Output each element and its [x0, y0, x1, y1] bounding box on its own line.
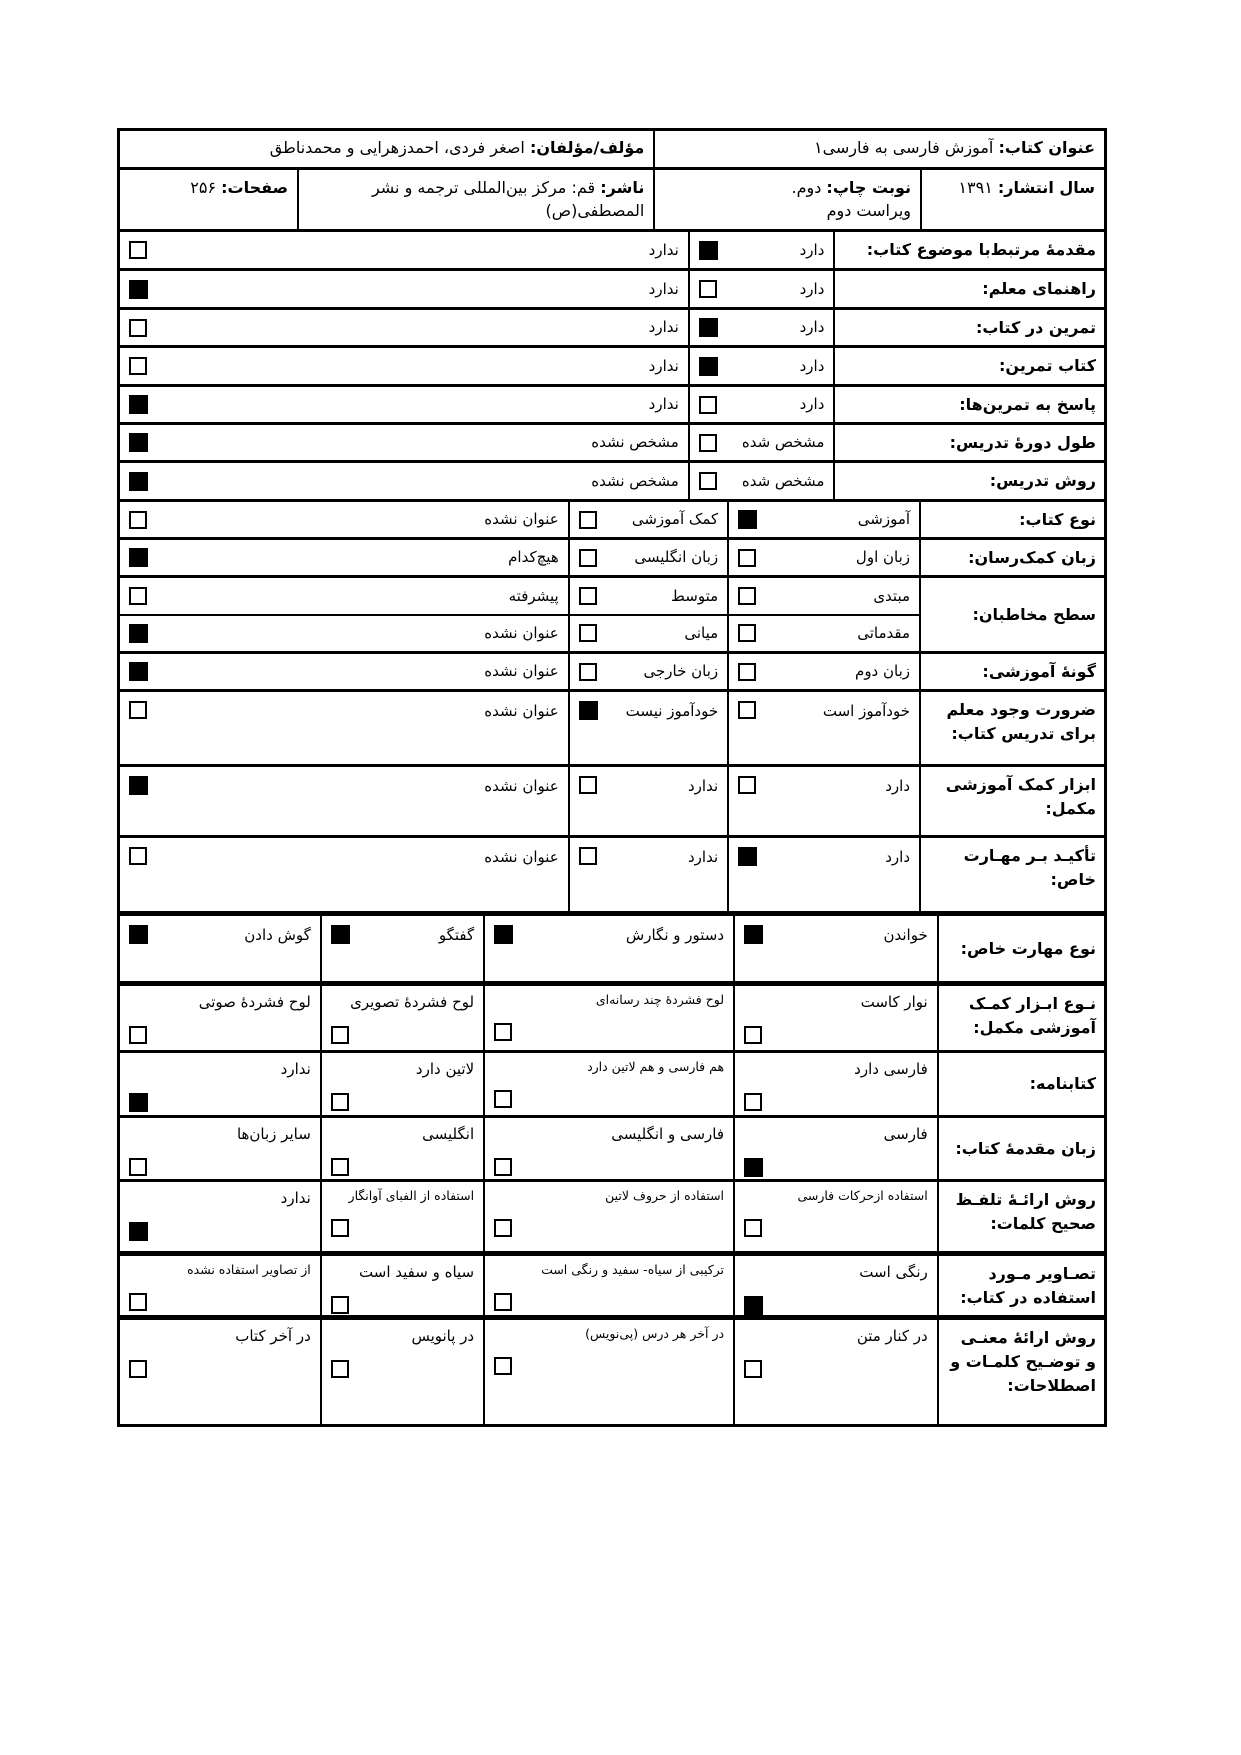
pronunciation-method-option-2: استفاده از الفبای آوانگار — [320, 1182, 483, 1251]
special-skill-type-option-2: گفتگو — [320, 916, 483, 981]
helper-language-option-2-text: هیچ‌کدام — [508, 547, 559, 567]
answers-to-exercises-option-1: ندارد — [120, 387, 688, 422]
pages-label: صفحات: — [221, 178, 288, 197]
meaning-explanation-method-option-3-checkbox[interactable] — [129, 1360, 147, 1378]
print-run-label: نوبت چاپ: — [826, 178, 911, 197]
special-skill-emphasis-option-0: دارد — [727, 838, 919, 911]
teacher-necessity-option-2-checkbox[interactable] — [129, 701, 147, 719]
pronunciation-method-option-3-text: ندارد — [129, 1188, 311, 1208]
pronunciation-method-option-0-checkbox[interactable] — [744, 1219, 762, 1237]
book-type-option-0: آموزشی — [727, 502, 919, 537]
special-skill-type-option-1-checkbox[interactable] — [494, 925, 513, 944]
teacher-guide-option-0-text: دارد — [800, 279, 825, 299]
supplementary-tool-type-option-3-checkbox[interactable] — [129, 1026, 147, 1044]
row-publication-info: سال انتشار: ۱۳۹۱ نوبت چاپ: دوم. ویراست د… — [120, 167, 1104, 229]
audience-level-option-top-1-text: متوسط — [671, 586, 718, 606]
education-type-option-2-text: عنوان نشده — [484, 661, 558, 681]
audience-level-option-top-2-text: پیشرفته — [509, 586, 559, 606]
special-skill-emphasis-label: تأکیـد بـر مهـارت خاص: — [929, 844, 1096, 892]
meaning-explanation-method-option-2: در پانویس — [320, 1320, 483, 1424]
exercises-in-book-option-1: ندارد — [120, 310, 688, 345]
special-skill-type-option-0-text: خواندن — [883, 925, 927, 945]
book-title-value: آموزش فارسی به فارسی۱ — [814, 138, 993, 157]
supplementary-tool-type-option-3-text: لوح فشردهٔ صوتی — [129, 992, 311, 1012]
audience-level-option-bot-1: میانی — [570, 616, 727, 652]
supplementary-tool-type-label-cell: نـوع ابـزار کمـک آموزشی مکمل: — [937, 986, 1104, 1050]
images-used-option-3: از تصاویر استفاده نشده — [120, 1256, 320, 1315]
pronunciation-method-option-0-text: استفاده ازحرکات فارسی — [744, 1188, 928, 1205]
print-run-value: دوم. — [791, 178, 821, 197]
bibliography-option-3-text: ندارد — [129, 1059, 311, 1079]
row-special-skill-type: نوع مهارت خاص:خواندندستور و نگارشگفتگوگو… — [120, 911, 1104, 981]
education-type-option-2: عنوان نشده — [120, 654, 568, 689]
intro-language-option-1-checkbox[interactable] — [494, 1158, 512, 1176]
bibliography-label-cell: کتابنامه: — [937, 1053, 1104, 1115]
education-type-option-0: زبان دوم — [727, 654, 919, 689]
audience-level-option-bot-0-text: مقدماتی — [857, 623, 910, 643]
supplementary-tool-type-option-1: لوح فشردهٔ چند رسانه‌ای — [483, 986, 733, 1050]
intro-language-option-1: فارسی و انگلیسی — [483, 1118, 733, 1179]
special-skill-emphasis-label-cell: تأکیـد بـر مهـارت خاص: — [919, 838, 1104, 911]
meaning-explanation-method-option-3: در آخر کتاب — [120, 1320, 320, 1424]
publisher-cell: ناشر: قم: مرکز بین‌المللی ترجمه و نشر ال… — [297, 170, 653, 229]
row-intro-related-to-subject: مقدمهٔ مرتبط‌با موضوع کتاب:داردندارد — [120, 229, 1104, 268]
images-used-label-cell: تصـاویر مـورد استفاده در کتاب: — [937, 1256, 1104, 1315]
teacher-guide-label-cell: راهنمای معلم: — [833, 271, 1104, 307]
supplementary-teaching-tools-option-0: دارد — [727, 767, 919, 835]
teacher-necessity-option-0-text: خودآموز است — [823, 701, 910, 721]
book-type-label: نوع کتاب: — [1019, 508, 1096, 532]
images-used-label: تصـاویر مـورد استفاده در کتاب: — [947, 1262, 1096, 1310]
pronunciation-method-option-2-checkbox[interactable] — [331, 1219, 349, 1237]
bibliography-option-1: هم فارسی و هم لاتین دارد — [483, 1053, 733, 1115]
supplementary-teaching-tools-option-1-checkbox[interactable] — [579, 776, 597, 794]
audience-level-option-top-2-checkbox[interactable] — [129, 587, 147, 605]
special-skill-emphasis-option-0-checkbox[interactable] — [738, 847, 757, 866]
audience-level-option-bot-2-text: عنوان نشده — [484, 623, 558, 643]
teaching-method-option-1-text: مشخص نشده — [591, 471, 679, 491]
pronunciation-method-option-0: استفاده ازحرکات فارسی — [733, 1182, 937, 1251]
intro-language-option-3: سایر زبان‌ها — [120, 1118, 320, 1179]
book-type-option-1: کمک آموزشی — [568, 502, 727, 537]
meaning-explanation-method-option-0: در کنار متن — [733, 1320, 937, 1424]
intro-related-to-subject-option-0-checkbox[interactable] — [699, 241, 718, 260]
row-book-type: نوع کتاب:آموزشیکمک آموزشیعنوان نشده — [120, 499, 1104, 537]
pronunciation-method-option-1-text: استفاده از حروف لاتین — [494, 1188, 724, 1205]
teacher-necessity-option-0-checkbox[interactable] — [738, 701, 756, 719]
supplementary-tool-type-option-1-checkbox[interactable] — [494, 1023, 512, 1041]
book-type-label-cell: نوع کتاب: — [919, 502, 1104, 537]
teacher-necessity-option-1: خودآموز نیست — [568, 692, 727, 764]
audience-level-option-top-0: مبتدی — [729, 578, 919, 616]
intro-language-option-0-text: فارسی — [744, 1124, 928, 1144]
special-skill-emphasis-option-1-checkbox[interactable] — [579, 847, 597, 865]
teaching-period-length-option-0: مشخص شده — [688, 425, 834, 460]
supplementary-teaching-tools-option-2: عنوان نشده — [120, 767, 568, 835]
book-type-option-1-checkbox[interactable] — [579, 511, 597, 529]
row-bibliography: کتابنامه:فارسی داردهم فارسی و هم لاتین د… — [120, 1050, 1104, 1115]
helper-language-label-cell: زبان کمک‌رسان: — [919, 540, 1104, 575]
meaning-explanation-method-option-3-text: در آخر کتاب — [129, 1326, 311, 1346]
images-used-option-1-text: ترکیبی از سیاه- سفید و رنگی است — [494, 1262, 724, 1279]
special-skill-type-option-3: گوش دادن — [120, 916, 320, 981]
special-skill-type-option-2-checkbox[interactable] — [331, 925, 350, 944]
audience-level-option-top-2: پیشرفته — [120, 578, 568, 616]
supplementary-teaching-tools-option-2-checkbox[interactable] — [129, 776, 148, 795]
supplementary-tool-type-option-2-text: لوح فشردهٔ تصویری — [331, 992, 474, 1012]
row-audience-level: سطح مخاطبان:مبتدیمقدماتیمتوسطمیانیپیشرفت… — [120, 575, 1104, 651]
images-used-option-2: سیاه و سفید است — [320, 1256, 483, 1315]
teaching-method-option-0-checkbox[interactable] — [699, 472, 717, 490]
education-type-option-2-checkbox[interactable] — [129, 662, 148, 681]
exercises-in-book-option-0-text: دارد — [800, 317, 825, 337]
teacher-necessity-option-1-checkbox[interactable] — [579, 701, 598, 720]
images-used-option-3-text: از تصاویر استفاده نشده — [129, 1262, 311, 1279]
meaning-explanation-method-option-1-checkbox[interactable] — [494, 1357, 512, 1375]
education-type-option-0-checkbox[interactable] — [738, 663, 756, 681]
teaching-method-label-cell: روش تدریس: — [833, 463, 1104, 499]
answers-to-exercises-label: پاسخ به تمرین‌ها: — [959, 393, 1096, 417]
book-type-option-2-text: عنوان نشده — [484, 509, 558, 529]
print-edition-value: ویراست دوم — [664, 199, 911, 222]
audience-level-option-bot-2: عنوان نشده — [120, 616, 568, 652]
supplementary-teaching-tools-option-1: ندارد — [568, 767, 727, 835]
helper-language-option-0-checkbox[interactable] — [738, 549, 756, 567]
supplementary-tool-type-option-2-checkbox[interactable] — [331, 1026, 349, 1044]
teacher-guide-option-1-checkbox[interactable] — [129, 280, 148, 299]
teaching-period-length-option-1: مشخص نشده — [120, 425, 688, 460]
intro-related-to-subject-option-1-text: ندارد — [649, 240, 679, 260]
education-type-label: گونهٔ آموزشی: — [982, 660, 1096, 684]
helper-language-option-2: هیچ‌کدام — [120, 540, 568, 575]
exercise-book-option-1-text: ندارد — [649, 356, 679, 376]
teaching-period-length-option-1-checkbox[interactable] — [129, 433, 148, 452]
special-skill-emphasis-option-2: عنوان نشده — [120, 838, 568, 911]
intro-language-option-2-text: انگلیسی — [331, 1124, 474, 1144]
images-used-option-3-checkbox[interactable] — [129, 1293, 147, 1311]
helper-language-label: زبان کمک‌رسان: — [968, 546, 1096, 570]
row-helper-language: زبان کمک‌رسان:زبان اولزبان انگلیسیهیچ‌کد… — [120, 537, 1104, 575]
special-skill-emphasis-option-1: ندارد — [568, 838, 727, 911]
special-skill-type-option-1-text: دستور و نگارش — [626, 925, 724, 945]
helper-language-option-0-text: زبان اول — [856, 547, 910, 567]
publication-year-value: ۱۳۹۱ — [958, 178, 992, 197]
images-used-option-2-checkbox[interactable] — [331, 1296, 349, 1314]
teaching-period-length-option-0-checkbox[interactable] — [699, 434, 717, 452]
intro-language-option-2: انگلیسی — [320, 1118, 483, 1179]
audience-level-option-top-0-text: مبتدی — [873, 586, 910, 606]
teacher-necessity-option-0: خودآموز است — [727, 692, 919, 764]
pronunciation-method-option-3: ندارد — [120, 1182, 320, 1251]
helper-language-option-1-checkbox[interactable] — [579, 549, 597, 567]
special-skill-emphasis-option-2-text: عنوان نشده — [484, 847, 558, 867]
teaching-period-length-option-0-text: مشخص شده — [742, 432, 825, 452]
row-exercise-book: کتاب تمرین:داردندارد — [120, 345, 1104, 384]
row-special-skill-emphasis: تأکیـد بـر مهـارت خاص:داردنداردعنوان نشد… — [120, 835, 1104, 911]
exercise-book-option-0-text: دارد — [800, 356, 825, 376]
row-teacher-guide: راهنمای معلم:داردندارد — [120, 268, 1104, 307]
exercises-in-book-option-0-checkbox[interactable] — [699, 318, 718, 337]
supplementary-teaching-tools-label-cell: ابزار کمک آموزشی مکمل: — [919, 767, 1104, 835]
intro-related-to-subject-option-0: دارد — [688, 232, 834, 268]
teacher-necessity-option-1-text: خودآموز نیست — [626, 701, 718, 721]
bibliography-option-2-checkbox[interactable] — [331, 1093, 349, 1111]
exercises-in-book-label-cell: تمرین در کتاب: — [833, 310, 1104, 345]
authors-value: اصغر فردی، احمدزهرایی و محمدناطق — [270, 138, 525, 157]
special-skill-type-option-3-checkbox[interactable] — [129, 925, 148, 944]
bibliography-label: کتابنامه: — [1030, 1072, 1096, 1096]
teaching-method-option-1-checkbox[interactable] — [129, 472, 148, 491]
education-type-option-1: زبان خارجی — [568, 654, 727, 689]
audience-level-option-top-1-checkbox[interactable] — [579, 587, 597, 605]
row-teacher-necessity: ضرورت وجود معلم برای تدریس کتاب:خودآموز … — [120, 689, 1104, 764]
book-evaluation-table: عنوان کتاب: آموزش فارسی به فارسی۱ مؤلف/م… — [117, 128, 1107, 1427]
special-skill-type-label-cell: نوع مهارت خاص: — [937, 916, 1104, 981]
pronunciation-method-label: روش ارائـهٔ تلفـظ صحیح کلمات: — [947, 1188, 1096, 1236]
book-type-option-0-checkbox[interactable] — [738, 510, 757, 529]
intro-related-to-subject-option-1-checkbox[interactable] — [129, 241, 147, 259]
teacher-necessity-label-cell: ضرورت وجود معلم برای تدریس کتاب: — [919, 692, 1104, 764]
exercise-book-label-cell: کتاب تمرین: — [833, 348, 1104, 384]
teaching-period-length-label-cell: طول دورهٔ تدریس: — [833, 425, 1104, 460]
row-images-used: تصـاویر مـورد استفاده در کتاب:رنگی استتر… — [120, 1251, 1104, 1315]
pronunciation-method-option-1-checkbox[interactable] — [494, 1219, 512, 1237]
row-education-type: گونهٔ آموزشی:زبان دومزبان خارجیعنوان نشد… — [120, 651, 1104, 689]
meaning-explanation-method-label: روش ارائهٔ معنـی و توضـیح کلمـات و اصطلا… — [947, 1326, 1096, 1398]
intro-related-to-subject-label: مقدمهٔ مرتبط‌با موضوع کتاب: — [867, 238, 1096, 262]
meaning-explanation-method-option-2-text: در پانویس — [331, 1326, 474, 1346]
book-type-option-2: عنوان نشده — [120, 502, 568, 537]
exercises-in-book-option-1-checkbox[interactable] — [129, 319, 147, 337]
supplementary-teaching-tools-option-0-text: دارد — [885, 776, 910, 796]
special-skill-emphasis-option-1-text: ندارد — [688, 847, 718, 867]
helper-language-option-2-checkbox[interactable] — [129, 548, 148, 567]
row-intro-language: زبان مقدمهٔ کتاب:فارسیفارسی و انگلیسیانگ… — [120, 1115, 1104, 1179]
answers-to-exercises-option-0: دارد — [688, 387, 834, 422]
special-skill-type-option-0: خواندن — [733, 916, 937, 981]
exercise-book-label: کتاب تمرین: — [999, 354, 1096, 378]
intro-language-label-cell: زبان مقدمهٔ کتاب: — [937, 1118, 1104, 1179]
images-used-option-0-text: رنگی است — [744, 1262, 928, 1282]
supplementary-teaching-tools-label: ابزار کمک آموزشی مکمل: — [929, 773, 1096, 821]
intro-related-to-subject-option-0-text: دارد — [800, 240, 825, 260]
publication-year-label: سال انتشار: — [998, 178, 1095, 197]
audience-level-option-bot-0: مقدماتی — [729, 616, 919, 652]
publisher-label: ناشر: — [600, 178, 644, 197]
audience-level-option-top-0-checkbox[interactable] — [738, 587, 756, 605]
supplementary-tool-type-option-3: لوح فشردهٔ صوتی — [120, 986, 320, 1050]
teacher-necessity-label: ضرورت وجود معلم برای تدریس کتاب: — [929, 698, 1096, 746]
special-skill-type-option-3-text: گوش دادن — [244, 925, 311, 945]
pages-value: ۲۵۶ — [190, 178, 216, 197]
helper-language-option-1: زبان انگلیسی — [568, 540, 727, 575]
audience-level-option-top-1: متوسط — [570, 578, 727, 616]
publication-year-cell: سال انتشار: ۱۳۹۱ — [920, 170, 1104, 229]
audience-level-column-2: پیشرفتهعنوان نشده — [120, 578, 568, 651]
row-title-author: عنوان کتاب: آموزش فارسی به فارسی۱ مؤلف/م… — [120, 131, 1104, 167]
bibliography-option-2-text: لاتین دارد — [331, 1059, 474, 1079]
intro-related-to-subject-option-1: ندارد — [120, 232, 688, 268]
pronunciation-method-option-2-text: استفاده از الفبای آوانگار — [331, 1188, 474, 1205]
intro-language-option-3-text: سایر زبان‌ها — [129, 1124, 311, 1144]
supplementary-teaching-tools-option-2-text: عنوان نشده — [484, 776, 558, 796]
meaning-explanation-method-label-cell: روش ارائهٔ معنـی و توضـیح کلمـات و اصطلا… — [937, 1320, 1104, 1424]
bibliography-option-1-checkbox[interactable] — [494, 1090, 512, 1108]
meaning-explanation-method-option-2-checkbox[interactable] — [331, 1360, 349, 1378]
answers-to-exercises-option-0-checkbox[interactable] — [699, 396, 717, 414]
answers-to-exercises-option-1-checkbox[interactable] — [129, 395, 148, 414]
teacher-guide-option-1: ندارد — [120, 271, 688, 307]
intro-language-option-3-checkbox[interactable] — [129, 1158, 147, 1176]
supplementary-tool-type-option-2: لوح فشردهٔ تصویری — [320, 986, 483, 1050]
teaching-method-option-0: مشخص شده — [688, 463, 834, 499]
supplementary-tool-type-option-0: نوار کاست — [733, 986, 937, 1050]
intro-language-label: زبان مقدمهٔ کتاب: — [955, 1137, 1096, 1161]
images-used-option-1-checkbox[interactable] — [494, 1293, 512, 1311]
book-type-option-0-text: آموزشی — [858, 509, 910, 529]
supplementary-tool-type-label: نـوع ابـزار کمـک آموزشی مکمل: — [947, 992, 1096, 1040]
exercises-in-book-label: تمرین در کتاب: — [976, 316, 1096, 340]
teaching-period-length-option-1-text: مشخص نشده — [591, 432, 679, 452]
meaning-explanation-method-option-1-text: در آخر هر درس (پی‌نویس) — [494, 1326, 724, 1343]
answers-to-exercises-label-cell: پاسخ به تمرین‌ها: — [833, 387, 1104, 422]
intro-related-to-subject-label-cell: مقدمهٔ مرتبط‌با موضوع کتاب: — [833, 232, 1104, 268]
exercise-book-option-0-checkbox[interactable] — [699, 357, 718, 376]
audience-level-option-bot-1-text: میانی — [684, 623, 718, 643]
teacher-guide-label: راهنمای معلم: — [982, 277, 1096, 301]
helper-language-option-0: زبان اول — [727, 540, 919, 575]
book-type-option-2-checkbox[interactable] — [129, 511, 147, 529]
special-skill-type-option-2-text: گفتگو — [439, 925, 474, 945]
images-used-option-2-text: سیاه و سفید است — [331, 1262, 474, 1282]
exercises-in-book-option-0: دارد — [688, 310, 834, 345]
answers-to-exercises-option-0-text: دارد — [800, 394, 825, 414]
images-used-option-0: رنگی است — [733, 1256, 937, 1315]
supplementary-tool-type-option-0-text: نوار کاست — [744, 992, 928, 1012]
audience-level-column-0: مبتدیمقدماتی — [727, 578, 919, 651]
supplementary-teaching-tools-option-0-checkbox[interactable] — [738, 776, 756, 794]
teacher-guide-option-1-text: ندارد — [649, 279, 679, 299]
row-pronunciation-method: روش ارائـهٔ تلفـظ صحیح کلمات:استفاده ازح… — [120, 1179, 1104, 1251]
bibliography-option-1-text: هم فارسی و هم لاتین دارد — [494, 1059, 724, 1076]
exercise-book-option-0: دارد — [688, 348, 834, 384]
audience-level-label-cell: سطح مخاطبان: — [919, 578, 1104, 651]
document-page: عنوان کتاب: آموزش فارسی به فارسی۱ مؤلف/م… — [0, 0, 1241, 1755]
special-skill-type-label: نوع مهارت خاص: — [961, 937, 1096, 961]
special-skill-emphasis-option-2-checkbox[interactable] — [129, 847, 147, 865]
pronunciation-method-option-1: استفاده از حروف لاتین — [483, 1182, 733, 1251]
meaning-explanation-method-option-0-checkbox[interactable] — [744, 1360, 762, 1378]
bibliography-option-0: فارسی دارد — [733, 1053, 937, 1115]
helper-language-option-1-text: زبان انگلیسی — [634, 547, 718, 567]
bibliography-option-0-text: فارسی دارد — [744, 1059, 928, 1079]
exercises-in-book-option-1-text: ندارد — [649, 317, 679, 337]
supplementary-tool-type-option-1-text: لوح فشردهٔ چند رسانه‌ای — [494, 992, 724, 1009]
pronunciation-method-option-3-checkbox[interactable] — [129, 1222, 148, 1241]
education-type-label-cell: گونهٔ آموزشی: — [919, 654, 1104, 689]
audience-level-option-bot-1-checkbox[interactable] — [579, 624, 597, 642]
supplementary-tool-type-option-0-checkbox[interactable] — [744, 1026, 762, 1044]
education-type-option-1-checkbox[interactable] — [579, 663, 597, 681]
teacher-necessity-option-2-text: عنوان نشده — [484, 701, 558, 721]
teacher-guide-option-0: دارد — [688, 271, 834, 307]
supplementary-teaching-tools-option-1-text: ندارد — [688, 776, 718, 796]
audience-level-option-bot-0-checkbox[interactable] — [738, 624, 756, 642]
book-title-label: عنوان کتاب: — [998, 138, 1095, 157]
intro-language-option-1-text: فارسی و انگلیسی — [494, 1124, 724, 1144]
row-meaning-explanation-method: روش ارائهٔ معنـی و توضـیح کلمـات و اصطلا… — [120, 1315, 1104, 1424]
bibliography-option-3: ندارد — [120, 1053, 320, 1115]
row-supplementary-teaching-tools: ابزار کمک آموزشی مکمل:داردنداردعنوان نشد… — [120, 764, 1104, 835]
bibliography-option-3-checkbox[interactable] — [129, 1093, 148, 1112]
intro-language-option-0: فارسی — [733, 1118, 937, 1179]
audience-level-column-1: متوسطمیانی — [568, 578, 727, 651]
bibliography-option-2: لاتین دارد — [320, 1053, 483, 1115]
answers-to-exercises-option-1-text: ندارد — [649, 394, 679, 414]
teacher-guide-option-0-checkbox[interactable] — [699, 280, 717, 298]
education-type-option-1-text: زبان خارجی — [644, 661, 719, 681]
row-answers-to-exercises: پاسخ به تمرین‌ها:داردندارد — [120, 384, 1104, 422]
intro-language-option-2-checkbox[interactable] — [331, 1158, 349, 1176]
education-type-option-0-text: زبان دوم — [855, 661, 910, 681]
book-type-option-1-text: کمک آموزشی — [632, 509, 718, 529]
row-exercises-in-book: تمرین در کتاب:داردندارد — [120, 307, 1104, 345]
teaching-method-option-0-text: مشخص شده — [742, 471, 825, 491]
bibliography-option-0-checkbox[interactable] — [744, 1093, 762, 1111]
exercise-book-option-1-checkbox[interactable] — [129, 357, 147, 375]
book-title-cell: عنوان کتاب: آموزش فارسی به فارسی۱ — [653, 131, 1104, 167]
teacher-necessity-option-2: عنوان نشده — [120, 692, 568, 764]
row-teaching-method: روش تدریس:مشخص شدهمشخص نشده — [120, 460, 1104, 499]
special-skill-type-option-1: دستور و نگارش — [483, 916, 733, 981]
intro-language-option-0-checkbox[interactable] — [744, 1158, 763, 1177]
pronunciation-method-label-cell: روش ارائـهٔ تلفـظ صحیح کلمات: — [937, 1182, 1104, 1251]
authors-label: مؤلف/مؤلفان: — [530, 138, 644, 157]
images-used-option-0-checkbox[interactable] — [744, 1296, 763, 1315]
special-skill-type-option-0-checkbox[interactable] — [744, 925, 763, 944]
images-used-option-1: ترکیبی از سیاه- سفید و رنگی است — [483, 1256, 733, 1315]
authors-cell: مؤلف/مؤلفان: اصغر فردی، احمدزهرایی و محم… — [120, 131, 653, 167]
audience-level-option-bot-2-checkbox[interactable] — [129, 624, 148, 643]
meaning-explanation-method-option-1: در آخر هر درس (پی‌نویس) — [483, 1320, 733, 1424]
special-skill-emphasis-option-0-text: دارد — [885, 847, 910, 867]
pages-cell: صفحات: ۲۵۶ — [120, 170, 297, 229]
teaching-period-length-label: طول دورهٔ تدریس: — [950, 431, 1096, 455]
teaching-method-option-1: مشخص نشده — [120, 463, 688, 499]
meaning-explanation-method-option-0-text: در کنار متن — [744, 1326, 928, 1346]
row-teaching-period-length: طول دورهٔ تدریس:مشخص شدهمشخص نشده — [120, 422, 1104, 460]
audience-level-label: سطح مخاطبان: — [972, 603, 1096, 627]
exercise-book-option-1: ندارد — [120, 348, 688, 384]
row-supplementary-tool-type: نـوع ابـزار کمـک آموزشی مکمل:نوار کاستلو… — [120, 981, 1104, 1050]
teaching-method-label: روش تدریس: — [990, 469, 1096, 493]
print-run-cell: نوبت چاپ: دوم. ویراست دوم — [653, 170, 920, 229]
